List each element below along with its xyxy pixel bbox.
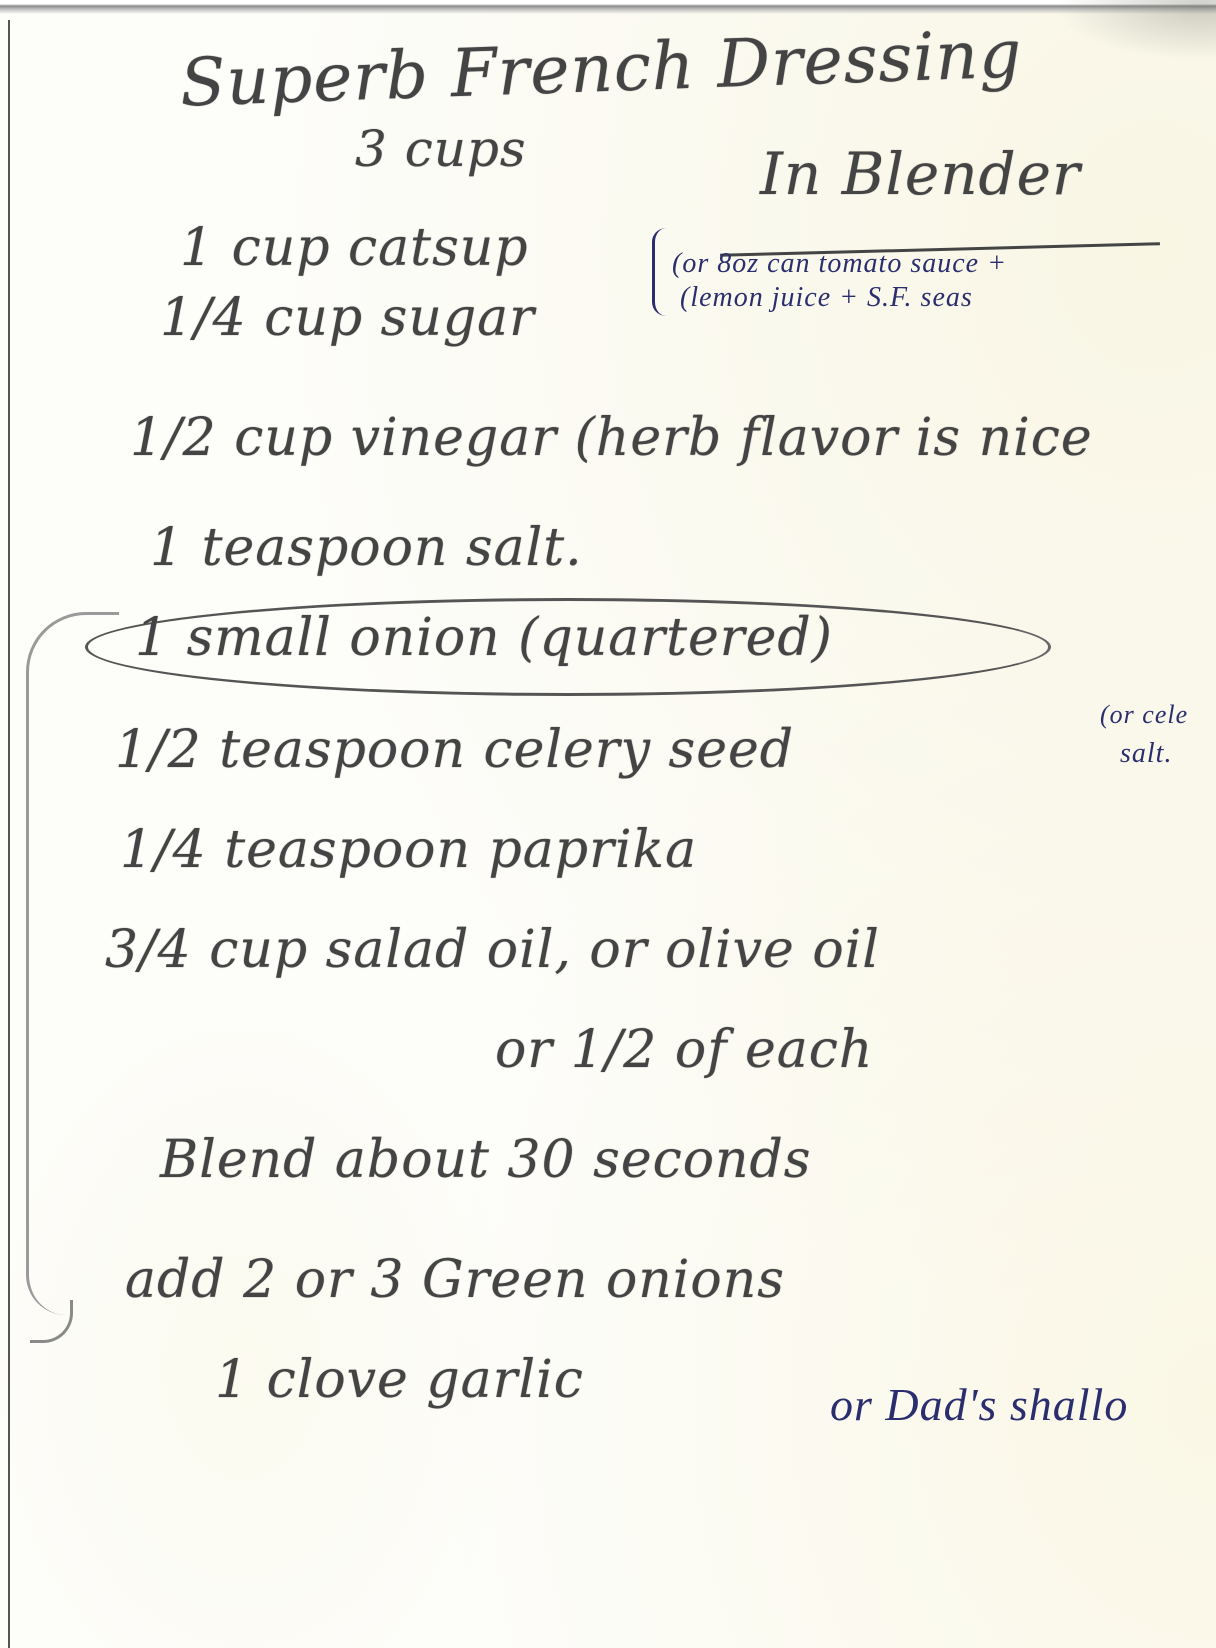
substitution-note-line-2: (lemon juice + S.F. seas <box>680 282 973 314</box>
card-left-edge <box>8 20 10 1648</box>
ingredient-salt: 1 teaspoon salt. <box>150 518 583 578</box>
addition-garlic: 1 clove garlic <box>215 1350 584 1410</box>
ingredient-paprika: 1/4 teaspoon paprika <box>120 820 697 880</box>
method-note: In Blender <box>760 140 1081 208</box>
ingredient-oil: 3/4 cup salad oil, or olive oil <box>105 920 880 980</box>
celery-alt-or: (or cele <box>1100 700 1188 730</box>
recipe-title: Superb French Dressing <box>179 15 1023 121</box>
recipe-card: Superb French Dressing 3 cups In Blender… <box>0 0 1216 1648</box>
addition-green-onions: add 2 or 3 Green onions <box>125 1250 785 1310</box>
blend-instruction: Blend about 30 seconds <box>160 1130 811 1190</box>
substitution-brace <box>652 228 671 316</box>
margin-bracket-tail <box>30 1300 73 1343</box>
ingredient-celery-seed: 1/2 teaspoon celery seed <box>115 720 794 780</box>
ingredient-vinegar: 1/2 cup vinegar (herb flavor is nice <box>130 408 1093 468</box>
ingredient-oil-alt: or 1/2 of each <box>495 1020 873 1080</box>
torn-top-edge <box>0 0 1216 14</box>
ingredient-sugar: 1/4 cup sugar <box>160 288 535 348</box>
margin-bracket <box>26 612 119 1315</box>
celery-alt-salt: salt. <box>1120 738 1172 770</box>
ingredient-catsup: 1 cup catsup <box>180 218 529 278</box>
recipe-yield: 3 cups <box>355 120 527 178</box>
corner-shadow <box>1056 0 1216 60</box>
garlic-alt-note: or Dad's shallo <box>830 1378 1128 1431</box>
substitution-note-line-1: (or 8oz can tomato sauce + <box>672 248 1007 280</box>
ingredient-onion: 1 small onion (quartered) <box>135 608 833 668</box>
